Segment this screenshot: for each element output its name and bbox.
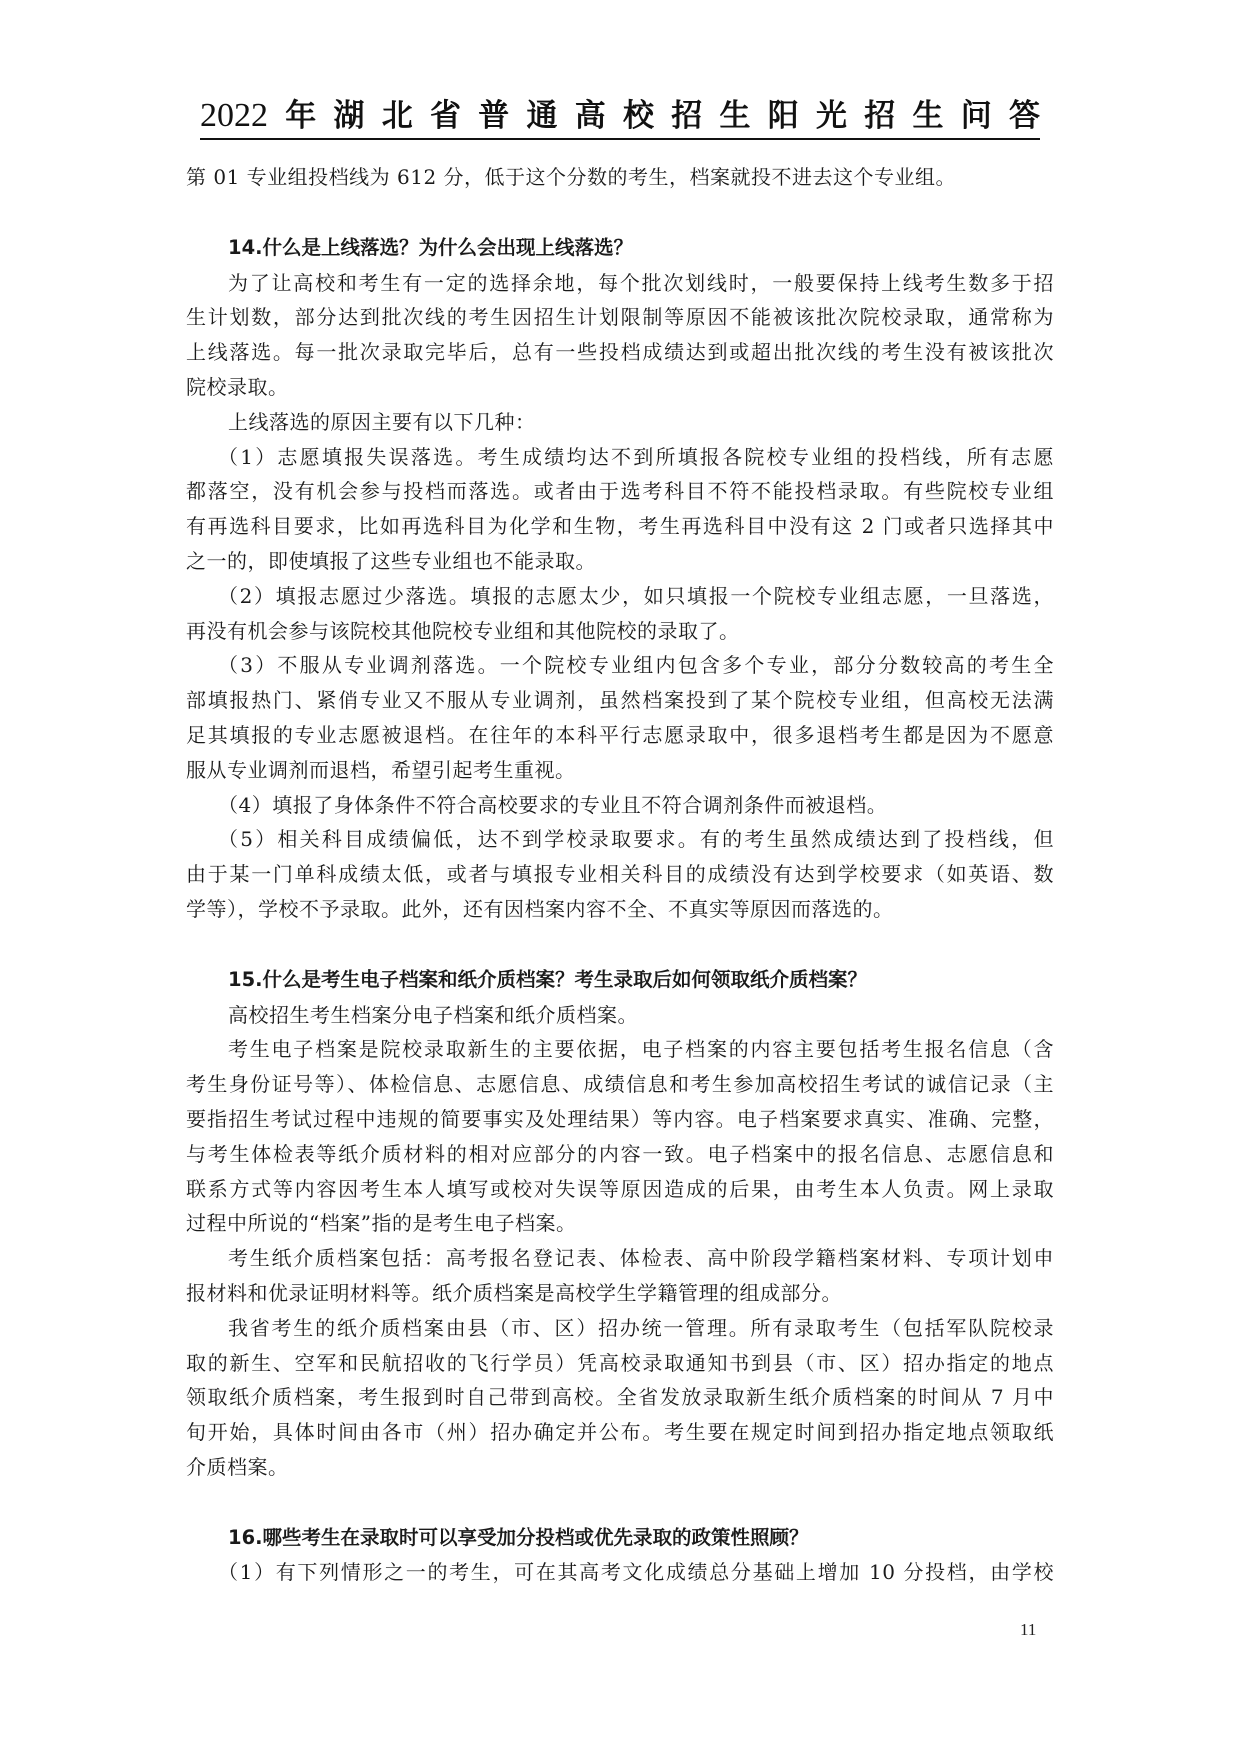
- text-line: 过程中所说的“档案”指的是考生电子档案。: [186, 1206, 1054, 1241]
- page-body: 第 01 专业组投档线为 612 分，低于这个分数的考生，档案就投不进去这个专业…: [186, 160, 1054, 1590]
- text-line: 再没有机会参与该院校其他院校专业组和其他院校的录取了。: [186, 614, 1054, 649]
- text-line: 旬开始，具体时间由各市（州）招办确定并公布。考生要在规定时间到招办指定地点领取纸: [186, 1415, 1054, 1450]
- title-char: 年: [285, 96, 316, 136]
- text-line: 部填报热门、紧俏专业又不服从专业调剂，虽然档案投到了某个院校专业组，但高校无法满: [186, 683, 1054, 718]
- text-line: （1）志愿填报失误落选。考生成绩均达不到所填报各院校专业组的投档线，所有志愿: [186, 440, 1054, 475]
- question-heading: 16.哪些考生在录取时可以享受加分投档或优先录取的政策性照顾？: [186, 1521, 1054, 1556]
- title-char: 北: [382, 96, 413, 136]
- title-char: 校: [623, 96, 654, 136]
- text-line: 服从专业调剂而退档，希望引起考生重视。: [186, 753, 1054, 788]
- paragraph: 高校招生考生档案分电子档案和纸介质档案。: [186, 998, 1054, 1033]
- list-item: （5）相关科目成绩偏低，达不到学校录取要求。有的考生虽然成绩达到了投档线，但 由…: [186, 822, 1054, 926]
- page-number: 11: [1020, 1620, 1036, 1640]
- text-line: 高校招生考生档案分电子档案和纸介质档案。: [186, 998, 1054, 1033]
- title-char: 生: [913, 96, 944, 136]
- title-char: 问: [961, 96, 992, 136]
- list-item: （3）不服从专业调剂落选。一个院校专业组内包含多个专业，部分分数较高的考生全 部…: [186, 648, 1054, 787]
- text-line: 考生纸介质档案包括：高考报名登记表、体检表、高中阶段学籍档案材料、专项计划申: [186, 1241, 1054, 1276]
- paragraph: 为了让高校和考生有一定的选择余地，每个批次划线时，一般要保持上线考生数多于招 生…: [186, 266, 1054, 405]
- title-char: 生: [720, 96, 751, 136]
- question-14: 14.什么是上线落选？为什么会出现上线落选？ 为了让高校和考生有一定的选择余地，…: [186, 231, 1054, 927]
- paragraph: 我省考生的纸介质档案由县（市、区）招办统一管理。所有录取考生（包括军队院校录 取…: [186, 1311, 1054, 1485]
- text-line: 我省考生的纸介质档案由县（市、区）招办统一管理。所有录取考生（包括军队院校录: [186, 1311, 1054, 1346]
- text-line: 之一的，即使填报了这些专业组也不能录取。: [186, 544, 1054, 579]
- text-line: （5）相关科目成绩偏低，达不到学校录取要求。有的考生虽然成绩达到了投档线，但: [186, 822, 1054, 857]
- title-char: 招: [864, 96, 895, 136]
- question-16: 16.哪些考生在录取时可以享受加分投档或优先录取的政策性照顾？ （1）有下列情形…: [186, 1521, 1054, 1591]
- text-line: 足其填报的专业志愿被退档。在往年的本科平行志愿录取中，很多退档考生都是因为不愿意: [186, 718, 1054, 753]
- paragraph: 考生纸介质档案包括：高考报名登记表、体检表、高中阶段学籍档案材料、专项计划申 报…: [186, 1241, 1054, 1311]
- title-char: 答: [1009, 96, 1040, 136]
- text-line: 介质档案。: [186, 1450, 1054, 1485]
- question-15: 15.什么是考生电子档案和纸介质档案？考生录取后如何领取纸介质档案？ 高校招生考…: [186, 963, 1054, 1485]
- text-line: 上线落选。每一批次录取完毕后，总有一些投档成绩达到或超出批次线的考生没有被该批次: [186, 335, 1054, 370]
- text-line: 学等），学校不予录取。此外，还有因档案内容不全、不真实等原因而落选的。: [186, 892, 1054, 927]
- text-line: 第 01 专业组投档线为 612 分，低于这个分数的考生，档案就投不进去这个专业…: [186, 160, 1054, 195]
- text-line: 为了让高校和考生有一定的选择余地，每个批次划线时，一般要保持上线考生数多于招: [186, 266, 1054, 301]
- text-line: （1）有下列情形之一的考生，可在其高考文化成绩总分基础上增加 10 分投档，由学…: [186, 1555, 1054, 1590]
- title-char: 阳: [768, 96, 799, 136]
- text-line: 有再选科目要求，比如再选科目为化学和生物，考生再选科目中没有这 2 门或者只选择…: [186, 509, 1054, 544]
- text-line: 上线落选的原因主要有以下几种：: [186, 405, 1054, 440]
- title-char: 普: [478, 96, 509, 136]
- paragraph: 考生电子档案是院校录取新生的主要依据，电子档案的内容主要包括考生报名信息（含 考…: [186, 1032, 1054, 1241]
- text-line: 要指招生考试过程中违规的简要事实及处理结果）等内容。电子档案要求真实、准确、完整…: [186, 1102, 1054, 1137]
- question-heading: 14.什么是上线落选？为什么会出现上线落选？: [186, 231, 1054, 266]
- text-line: 生计划数，部分达到批次线的考生因招生计划限制等原因不能被该批次院校录取，通常称为: [186, 300, 1054, 335]
- text-line: 领取纸介质档案，考生报到时自己带到高校。全省发放录取新生纸介质档案的时间从 7 …: [186, 1380, 1054, 1415]
- title-char: 湖: [334, 96, 365, 136]
- text-line: 院校录取。: [186, 370, 1054, 405]
- text-line: 取的新生、空军和民航招收的飞行学员）凭高校录取通知书到县（市、区）招办指定的地点: [186, 1346, 1054, 1381]
- text-line: 考生身份证号等）、体检信息、志愿信息、成绩信息和考生参加高校招生考试的诚信记录（…: [186, 1067, 1054, 1102]
- text-line: 报材料和优录证明材料等。纸介质档案是高校学生学籍管理的组成部分。: [186, 1276, 1054, 1311]
- text-line: 联系方式等内容因考生本人填写或校对失误等原因造成的后果，由考生本人负责。网上录取: [186, 1172, 1054, 1207]
- text-line: （4）填报了身体条件不符合高校要求的专业且不符合调剂条件而被退档。: [186, 788, 1054, 823]
- list-item: （1）志愿填报失误落选。考生成绩均达不到所填报各院校专业组的投档线，所有志愿 都…: [186, 440, 1054, 579]
- title-char: 招: [671, 96, 702, 136]
- text-line: （2）填报志愿过少落选。填报的志愿太少，如只填报一个院校专业组志愿，一旦落选，: [186, 579, 1054, 614]
- intro-paragraph: 第 01 专业组投档线为 612 分，低于这个分数的考生，档案就投不进去这个专业…: [186, 160, 1054, 195]
- list-item: （2）填报志愿过少落选。填报的志愿太少，如只填报一个院校专业组志愿，一旦落选， …: [186, 579, 1054, 649]
- text-line: 考生电子档案是院校录取新生的主要依据，电子档案的内容主要包括考生报名信息（含: [186, 1032, 1054, 1067]
- title-char: 光: [816, 96, 847, 136]
- text-line: 与考生体检表等纸介质材料的相对应部分的内容一致。电子档案中的报名信息、志愿信息和: [186, 1137, 1054, 1172]
- title-char: 高: [575, 96, 606, 136]
- title-year: 2022: [200, 96, 268, 136]
- paragraph: 上线落选的原因主要有以下几种：: [186, 405, 1054, 440]
- question-heading: 15.什么是考生电子档案和纸介质档案？考生录取后如何领取纸介质档案？: [186, 963, 1054, 998]
- text-line: （3）不服从专业调剂落选。一个院校专业组内包含多个专业，部分分数较高的考生全: [186, 648, 1054, 683]
- title-char: 通: [527, 96, 558, 136]
- title-char: 省: [430, 96, 461, 136]
- text-line: 都落空，没有机会参与投档而落选。或者由于选考科目不符不能投档录取。有些院校专业组: [186, 474, 1054, 509]
- page-header-title: 2022 年 湖 北 省 普 通 高 校 招 生 阳 光 招 生 问 答: [200, 96, 1040, 140]
- text-line: 由于某一门单科成绩太低，或者与填报专业相关科目的成绩没有达到学校要求（如英语、数: [186, 857, 1054, 892]
- list-item: （1）有下列情形之一的考生，可在其高考文化成绩总分基础上增加 10 分投档，由学…: [186, 1555, 1054, 1590]
- list-item: （4）填报了身体条件不符合高校要求的专业且不符合调剂条件而被退档。: [186, 788, 1054, 823]
